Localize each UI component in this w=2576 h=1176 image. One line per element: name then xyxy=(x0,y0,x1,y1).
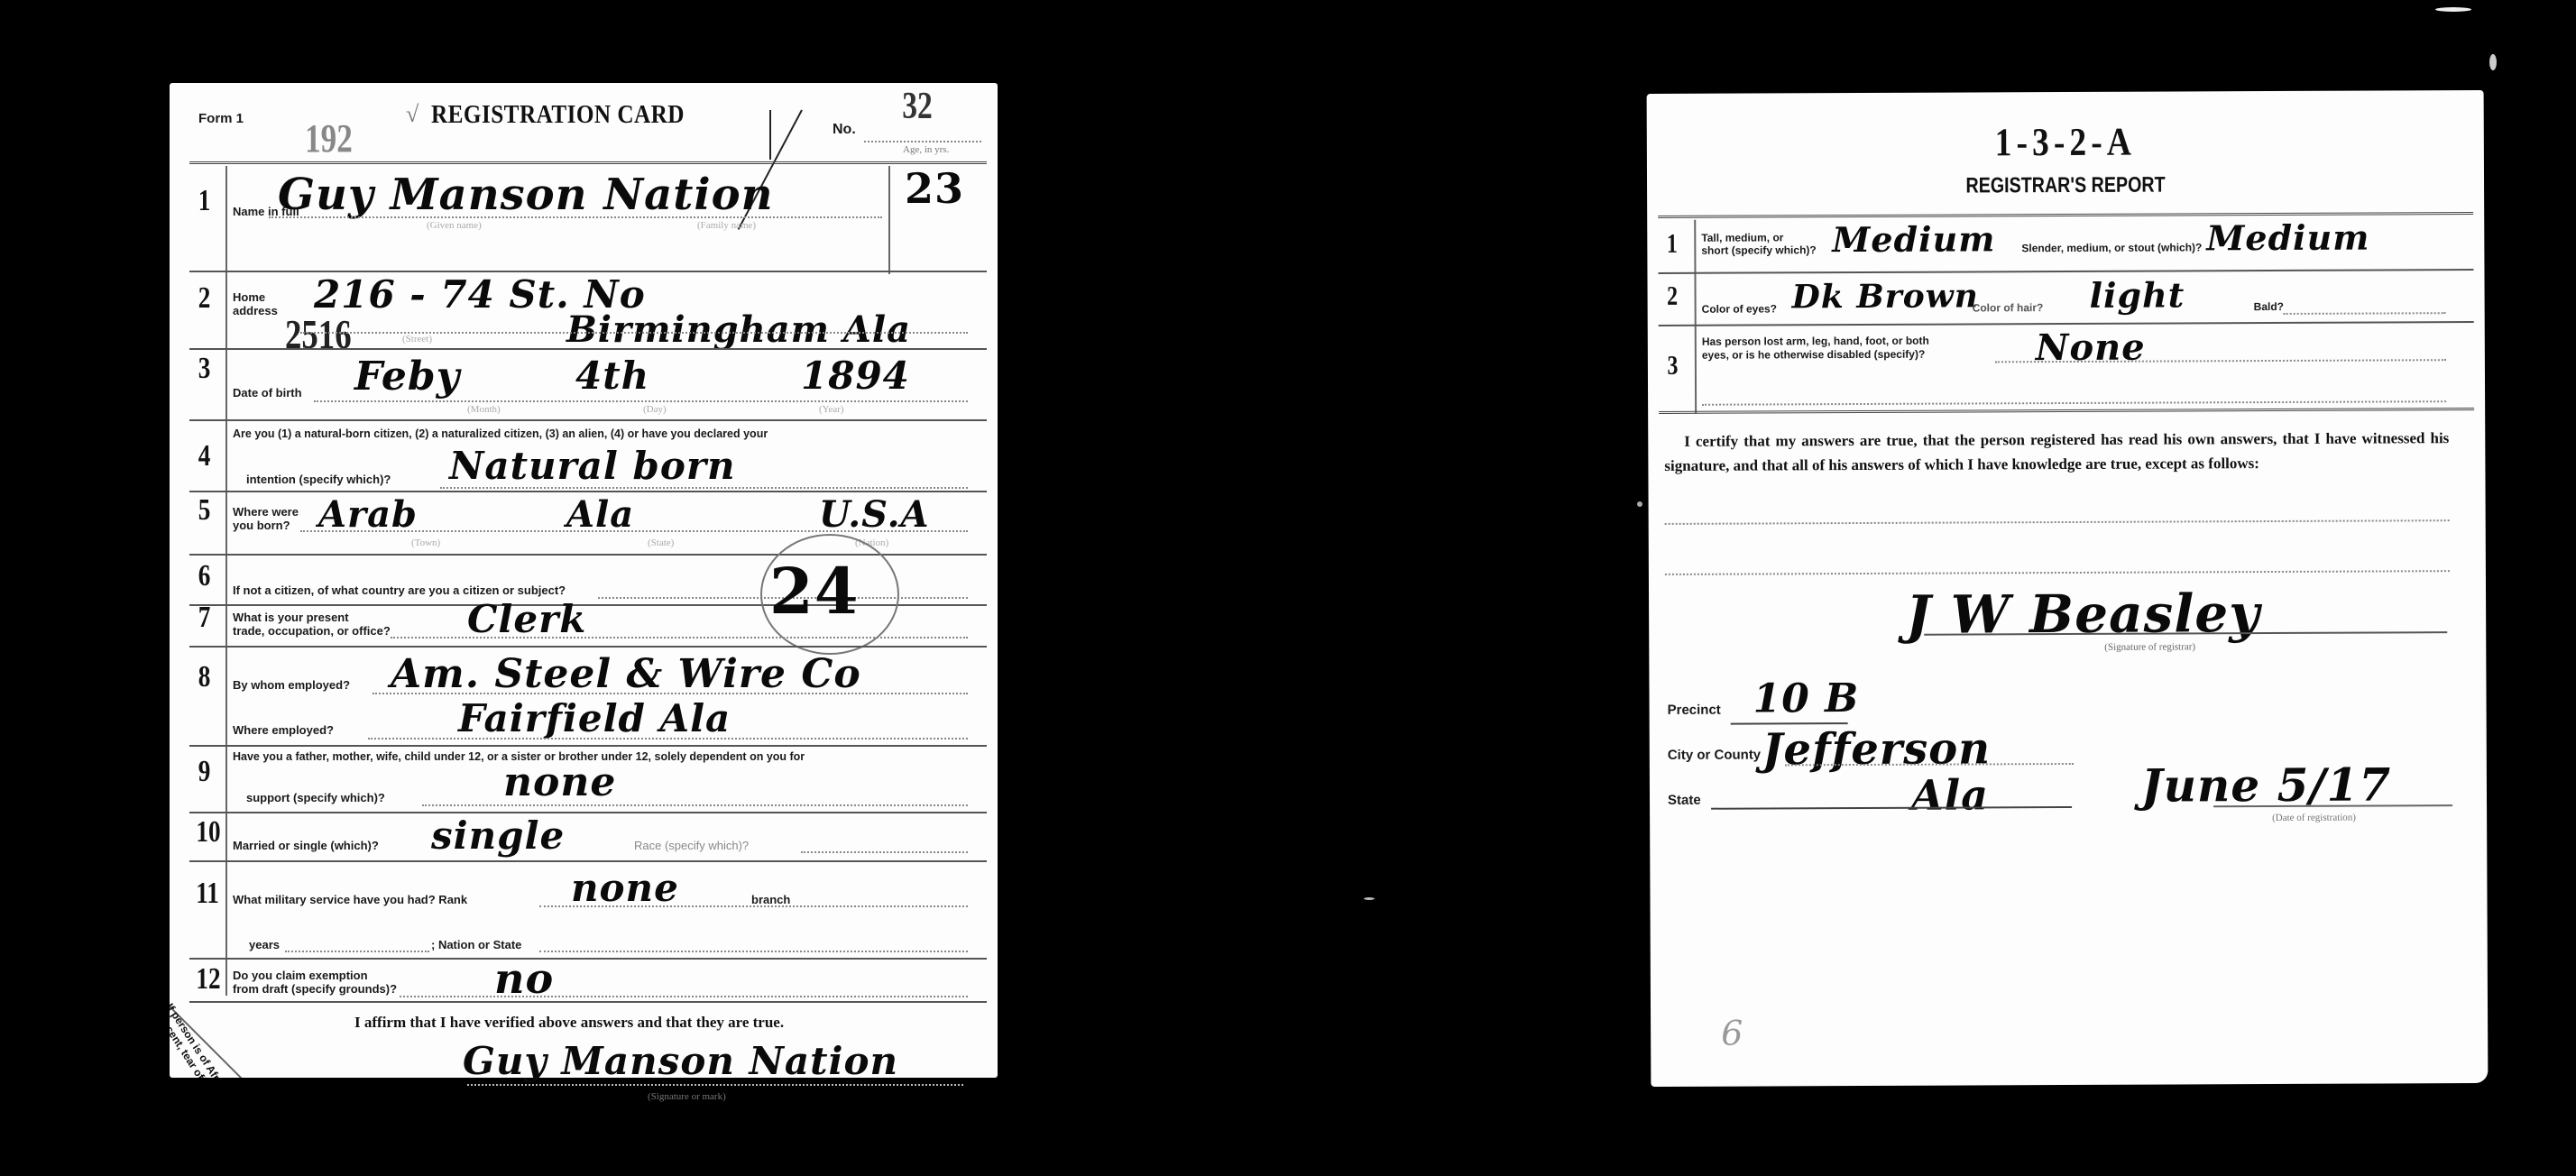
scan-artifact xyxy=(1364,897,1375,900)
birth-state-value: Ala xyxy=(566,493,634,536)
home-label: Home xyxy=(233,290,265,304)
report-title: REGISTRAR'S REPORT xyxy=(1723,171,2409,199)
corner-note: If person is of African descent, tear of… xyxy=(170,1001,258,1078)
foreign-citizen-question: If not a citizen, of what country are yo… xyxy=(233,583,566,597)
dependents-value: none xyxy=(503,759,616,805)
city-county-value: Jefferson xyxy=(1762,723,1992,775)
report-code: 1-3-2-A xyxy=(1709,117,2421,166)
hair-color-value: light xyxy=(2089,274,2185,315)
support-label: support (specify which)? xyxy=(246,791,385,804)
birthplace-label-1: Where were xyxy=(233,505,299,519)
form-label: Form 1 xyxy=(198,112,244,125)
marital-value: single xyxy=(431,813,565,858)
birthplace-label-2: you born? xyxy=(233,519,290,532)
work-location-label: Where employed? xyxy=(233,723,334,737)
address-label: address xyxy=(233,304,278,317)
street-sublabel: (Street) xyxy=(402,334,432,345)
row-number-4: 4 xyxy=(198,439,211,473)
citizenship-question: Are you (1) a natural-born citizen, (2) … xyxy=(233,427,768,441)
row-number-10: 10 xyxy=(196,815,220,850)
dob-day: 4th xyxy=(575,354,649,398)
no-label: No. xyxy=(833,123,856,136)
scan-artifact xyxy=(2489,54,2497,70)
town-sublabel: (Town) xyxy=(411,537,440,548)
affirmation-text: I affirm that I have verified above answ… xyxy=(354,1010,784,1034)
address-stamp: 2516 xyxy=(285,310,352,358)
precinct-label: Precinct xyxy=(1668,703,1721,717)
bald-label: Bald? xyxy=(2254,300,2284,314)
height-value: Medium xyxy=(1832,218,1995,260)
registration-card: Form 1 √ REGISTRATION CARD 192 No. 32 1 … xyxy=(170,83,998,1078)
citizenship-value: Natural born xyxy=(449,444,736,488)
state-value: Ala xyxy=(1911,770,1989,819)
row-number-7: 7 xyxy=(198,601,211,635)
state-sublabel: (State) xyxy=(648,537,674,548)
occupation-value: Clerk xyxy=(467,597,586,641)
city-county-label: City or County xyxy=(1668,748,1761,761)
dob-month: Feby xyxy=(354,354,460,400)
employer-label: By whom employed? xyxy=(233,678,350,692)
race-label: Race (specify which)? xyxy=(634,839,749,852)
circled-number: 24 xyxy=(769,554,859,629)
row-number-8: 8 xyxy=(198,660,211,694)
report-row-number-3: 3 xyxy=(1667,351,1678,381)
nation-state-label: ; Nation or State xyxy=(431,938,521,951)
report-row-number-1: 1 xyxy=(1667,229,1678,260)
build-label: Slender, medium, or stout (which)? xyxy=(2021,241,2202,255)
precinct-value: 10 B xyxy=(1753,675,1859,722)
military-label: What military service have you had? Rank xyxy=(233,893,467,906)
military-value: none xyxy=(571,866,679,910)
tear-off-corner: If person is of African descent, tear of… xyxy=(170,906,341,1078)
year-sublabel: (Year) xyxy=(819,404,844,415)
height-label-2: short (specify which)? xyxy=(1701,243,1816,258)
marital-label: Married or single (which)? xyxy=(233,839,379,852)
occupation-label-2: trade, occupation, or office? xyxy=(233,624,391,638)
row-number-6: 6 xyxy=(198,559,211,593)
card-title: REGISTRATION CARD xyxy=(431,101,685,130)
eye-color-value: Dk Brown xyxy=(1791,277,1978,316)
scan-artifact xyxy=(2435,7,2471,12)
row-number-1: 1 xyxy=(198,184,211,218)
margin-mark: 6 xyxy=(1721,1014,1743,1053)
name-value: Guy Manson Nation xyxy=(278,170,774,220)
work-location-value: Fairfield Ala xyxy=(458,696,731,740)
stamp-number: 192 xyxy=(305,115,353,161)
scan-artifact xyxy=(1637,501,1642,507)
family-name-sublabel: (Family name) xyxy=(697,220,756,231)
eye-color-label: Color of eyes? xyxy=(1702,302,1777,316)
registrant-signature: Guy Manson Nation xyxy=(463,1039,898,1083)
report-row-number-2: 2 xyxy=(1667,281,1678,312)
birth-town-value: Arab xyxy=(318,493,418,536)
age-label: Age, in yrs. xyxy=(903,144,949,155)
disability-label-2: eyes, or is he otherwise disabled (speci… xyxy=(1702,348,1925,363)
row-number-5: 5 xyxy=(198,493,211,528)
build-value: Medium xyxy=(2206,217,2369,259)
employer-value: Am. Steel & Wire Co xyxy=(391,651,861,697)
occupation-label-1: What is your present xyxy=(233,611,349,624)
hair-color-label: Color of hair? xyxy=(1973,301,2044,315)
branch-label: branch xyxy=(751,893,790,906)
birth-nation-value: U.S.A xyxy=(819,493,930,536)
registration-date-label: (Date of registration) xyxy=(2272,813,2356,823)
row-number-9: 9 xyxy=(198,755,211,789)
row-number-2: 2 xyxy=(198,281,211,316)
registrar-signature-label: (Signature of registrar) xyxy=(2104,641,2195,652)
state-label: State xyxy=(1668,794,1701,807)
card-number: 32 xyxy=(902,85,933,128)
dob-year: 1894 xyxy=(801,354,910,398)
registrar-signature: J W Beasley xyxy=(1906,583,2260,646)
certification-text: I certify that my answers are true, that… xyxy=(1664,426,2449,478)
check-mark-icon: √ xyxy=(406,101,419,128)
given-name-sublabel: (Given name) xyxy=(427,220,482,231)
registration-date-value: June 5/17 xyxy=(2141,758,2391,812)
row-number-3: 3 xyxy=(198,352,211,386)
dob-label: Date of birth xyxy=(233,386,302,400)
registrars-report-card: 1-3-2-A REGISTRAR'S REPORT 1 Tall, mediu… xyxy=(1647,90,2489,1087)
disability-label-1: Has person lost arm, leg, hand, foot, or… xyxy=(1702,335,1929,349)
signature-label: (Signature or mark) xyxy=(648,1091,726,1102)
month-sublabel: (Month) xyxy=(467,404,501,415)
address-city-value: Birmingham Ala xyxy=(566,308,911,351)
day-sublabel: (Day) xyxy=(643,404,667,415)
age-value: 23 xyxy=(905,164,964,213)
intention-label: intention (specify which)? xyxy=(246,473,391,486)
